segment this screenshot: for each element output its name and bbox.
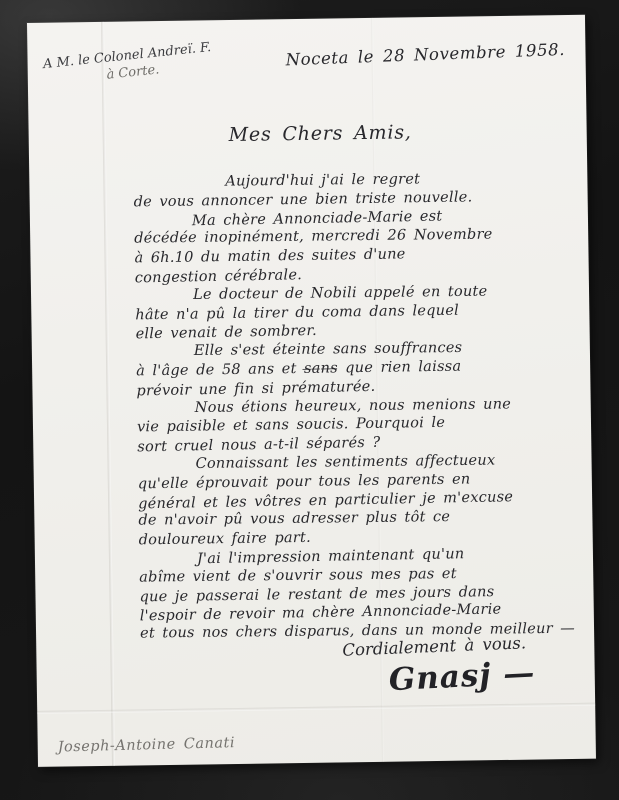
signature: Gnasj — — [388, 655, 536, 698]
salutation: Mes Chers Amis, — [229, 121, 412, 146]
horizontal-fold-line — [37, 703, 595, 714]
recipient-note: A M. le Colonel Andreï. F. à Corte. — [42, 39, 213, 90]
dateline: Noceta le 28 Novembre 1958. — [285, 40, 565, 69]
letter-body: Aujourd'hui j'ai le regretde vous annonc… — [133, 168, 592, 645]
vertical-fold-line — [101, 22, 115, 766]
photo-background: { "colors": { "background": "#161616", "… — [0, 0, 619, 800]
album-caption: Joseph-Antoine Canati — [58, 735, 236, 755]
letter-paper: A M. le Colonel Andreï. F. à Corte. Noce… — [27, 15, 596, 767]
